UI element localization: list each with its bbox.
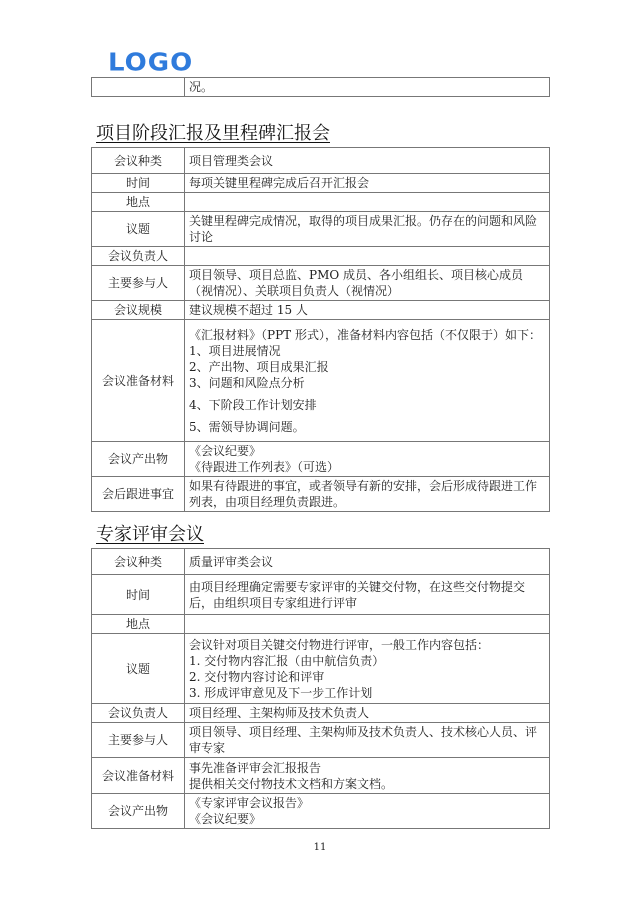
row-value-line: 《会议纪要》	[189, 811, 545, 827]
row-value: 每项关键里程碑完成后召开汇报会	[185, 174, 550, 193]
section-title-expert-review: 专家评审会议	[96, 520, 204, 546]
table-row: 会议准备材料《汇报材料》（PPT 形式），准备材料内容包括（不仅限于）如下：1、…	[92, 320, 550, 442]
row-key: 主要参与人	[92, 266, 185, 301]
table-row: 主要参与人项目领导、项目经理、主架构师及技术负责人、技术核心人员、评审专家	[92, 723, 550, 758]
row-value: 《专家评审会议报告》《会议纪要》	[185, 794, 550, 829]
table-row: 会议负责人项目经理、主架构师及技术负责人	[92, 704, 550, 723]
row-key: 会议负责人	[92, 704, 185, 723]
row-value-line: 2、产出物、项目成果汇报	[189, 359, 545, 375]
row-value-line: 5、需领导协调问题。	[189, 419, 545, 435]
table-row: 会议产出物《会议纪要》《待跟进工作列表》（可选）	[92, 442, 550, 477]
row-value-line: 项目经理、主架构师及技术负责人	[189, 705, 545, 721]
table-row: 时间每项关键里程碑完成后召开汇报会	[92, 174, 550, 193]
table-row: 会议准备材料事先准备评审会汇报报告提供相关交付物技术文档和方案文档。	[92, 758, 550, 794]
row-value: 事先准备评审会汇报报告提供相关交付物技术文档和方案文档。	[185, 758, 550, 794]
row-value-line: 每项关键里程碑完成后召开汇报会	[189, 175, 545, 191]
row-key: 会议准备材料	[92, 320, 185, 442]
page-number: 11	[0, 842, 640, 853]
table-row: 地点	[92, 193, 550, 212]
row-value-line: 事先准备评审会汇报报告	[189, 760, 545, 776]
row-key: 议题	[92, 212, 185, 247]
row-value-line: 由项目经理确定需要专家评审的关键交付物，在这些交付物提交后，由组织项目专家组进行…	[189, 579, 545, 611]
expert-review-table: 会议种类质量评审类会议时间由项目经理确定需要专家评审的关键交付物，在这些交付物提…	[91, 548, 550, 829]
table-row: 况。	[92, 78, 550, 97]
row-value	[185, 247, 550, 266]
row-value-line: 3. 形成评审意见及下一步工作计划	[189, 685, 545, 701]
row-value-line: 提供相关交付物技术文档和方案文档。	[189, 776, 545, 792]
row-value-line: 4、下阶段工作计划安排	[189, 397, 545, 413]
logo: LOGO	[108, 51, 193, 76]
row-value-line: 《待跟进工作列表》（可选）	[189, 459, 545, 475]
row-value: 《会议纪要》《待跟进工作列表》（可选）	[185, 442, 550, 477]
table-row: 时间由项目经理确定需要专家评审的关键交付物，在这些交付物提交后，由组织项目专家组…	[92, 575, 550, 615]
table-row: 会议种类项目管理类会议	[92, 148, 550, 174]
row-key: 会议种类	[92, 148, 185, 174]
row-key	[92, 78, 185, 97]
table-row: 议题会议针对项目关键交付物进行评审，一般工作内容包括：1. 交付物内容汇报（由中…	[92, 634, 550, 704]
row-key: 会议产出物	[92, 794, 185, 829]
row-key: 议题	[92, 634, 185, 704]
row-value: 建议规模不超过 15 人	[185, 301, 550, 320]
row-value: 如果有待跟进的事宜，或者领导有新的安排，会后形成待跟进工作列表，由项目经理负责跟…	[185, 477, 550, 512]
row-key: 会议产出物	[92, 442, 185, 477]
table-row: 会议负责人	[92, 247, 550, 266]
row-key: 会议规模	[92, 301, 185, 320]
row-value-line: 《专家评审会议报告》	[189, 795, 545, 811]
row-value: 由项目经理确定需要专家评审的关键交付物，在这些交付物提交后，由组织项目专家组进行…	[185, 575, 550, 615]
table-row: 会议种类质量评审类会议	[92, 549, 550, 575]
row-key: 主要参与人	[92, 723, 185, 758]
row-value-line: 项目领导、项目总监、PMO 成员、各小组组长、项目核心成员（视情况）、关联项目负…	[189, 267, 545, 299]
row-key: 会议负责人	[92, 247, 185, 266]
row-key: 会议准备材料	[92, 758, 185, 794]
row-value-line: 《会议纪要》	[189, 443, 545, 459]
row-value	[185, 615, 550, 634]
row-key: 会议种类	[92, 549, 185, 575]
row-value: 质量评审类会议	[185, 549, 550, 575]
row-value-line: 1. 交付物内容汇报（由中航信负责）	[189, 653, 545, 669]
row-value-line: 1、项目进展情况	[189, 343, 545, 359]
row-value-line: 《汇报材料》（PPT 形式），准备材料内容包括（不仅限于）如下：	[189, 327, 545, 343]
row-value: 会议针对项目关键交付物进行评审，一般工作内容包括：1. 交付物内容汇报（由中航信…	[185, 634, 550, 704]
milestone-meeting-table: 会议种类项目管理类会议时间每项关键里程碑完成后召开汇报会地点议题关键里程碑完成情…	[91, 147, 550, 512]
table-row: 会议产出物《专家评审会议报告》《会议纪要》	[92, 794, 550, 829]
table-row: 会后跟进事宜如果有待跟进的事宜，或者领导有新的安排，会后形成待跟进工作列表，由项…	[92, 477, 550, 512]
row-value: 况。	[185, 78, 550, 97]
row-value-line: 质量评审类会议	[189, 554, 545, 570]
row-value-line: 项目领导、项目经理、主架构师及技术负责人、技术核心人员、评审专家	[189, 724, 545, 756]
table-row: 地点	[92, 615, 550, 634]
row-key: 地点	[92, 615, 185, 634]
section-title-milestone-meeting: 项目阶段汇报及里程碑汇报会	[96, 119, 330, 145]
table-row: 主要参与人项目领导、项目总监、PMO 成员、各小组组长、项目核心成员（视情况）、…	[92, 266, 550, 301]
row-value: 《汇报材料》（PPT 形式），准备材料内容包括（不仅限于）如下：1、项目进展情况…	[185, 320, 550, 442]
row-key: 时间	[92, 174, 185, 193]
row-value: 关键里程碑完成情况，取得的项目成果汇报。仍存在的问题和风险讨论	[185, 212, 550, 247]
row-key: 时间	[92, 575, 185, 615]
table-row: 会议规模建议规模不超过 15 人	[92, 301, 550, 320]
row-value-line: 建议规模不超过 15 人	[189, 302, 545, 318]
row-value: 项目经理、主架构师及技术负责人	[185, 704, 550, 723]
row-value: 项目领导、项目总监、PMO 成员、各小组组长、项目核心成员（视情况）、关联项目负…	[185, 266, 550, 301]
row-value: 项目管理类会议	[185, 148, 550, 174]
row-value	[185, 193, 550, 212]
row-value-line: 如果有待跟进的事宜，或者领导有新的安排，会后形成待跟进工作列表，由项目经理负责跟…	[189, 478, 545, 510]
row-key: 地点	[92, 193, 185, 212]
row-value-line: 3、问题和风险点分析	[189, 375, 545, 391]
table-row: 议题关键里程碑完成情况，取得的项目成果汇报。仍存在的问题和风险讨论	[92, 212, 550, 247]
row-value-line: 2. 交付物内容讨论和评审	[189, 669, 545, 685]
row-value-line: 关键里程碑完成情况，取得的项目成果汇报。仍存在的问题和风险讨论	[189, 213, 545, 245]
carryover-table: 况。	[91, 77, 550, 97]
row-value-line: 项目管理类会议	[189, 153, 545, 169]
row-value-line: 会议针对项目关键交付物进行评审，一般工作内容包括：	[189, 637, 545, 653]
row-value: 项目领导、项目经理、主架构师及技术负责人、技术核心人员、评审专家	[185, 723, 550, 758]
row-key: 会后跟进事宜	[92, 477, 185, 512]
